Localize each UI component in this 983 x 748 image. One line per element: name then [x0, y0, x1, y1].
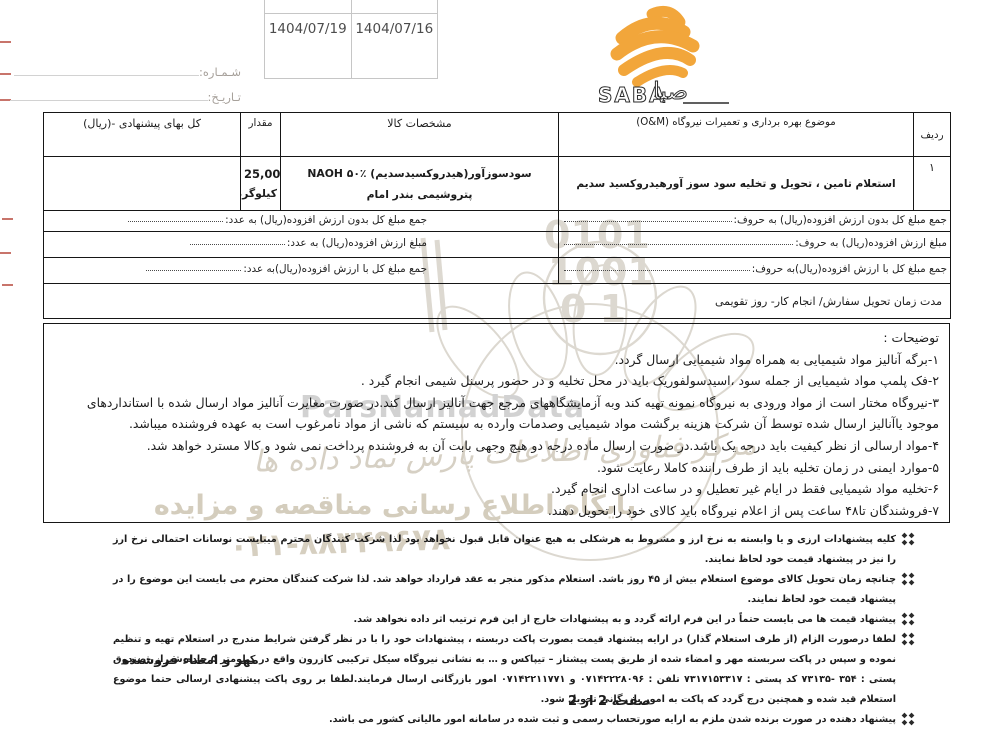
sum3-digits-blank [146, 269, 241, 271]
bullet-diamond-icon [896, 710, 920, 730]
item-subject: استعلام تامین ، تحویل و تخلیه سود سوز آو… [559, 157, 914, 211]
sum3-digits-label: جمع مبلغ کل با ارزش افزوده(ریال)به عدد: [243, 263, 427, 278]
condition-item: چنانچه زمان تحویل کالای موضوع استعلام بی… [43, 570, 950, 610]
sum2-digits-blank [190, 243, 285, 245]
inquiry-table: ردیف موضوع بهره برداری و تعمیرات نیروگاه… [43, 112, 951, 319]
item-specs-line1: سودسوزآور(هیدروکسیدسدیم) NAOH ۵۰٪ [284, 163, 555, 184]
number-blank-line [14, 75, 199, 76]
red-dash-mark [0, 73, 11, 75]
item-qty: 25,000 کیلوگرم [241, 157, 281, 211]
page-number: صفحه 2 از 2 [568, 694, 651, 709]
item-index: ۱ [914, 157, 951, 211]
date-cell-1: 1404/07/19 [265, 0, 351, 78]
sum1-digits-blank [128, 220, 223, 222]
table-header-row: ردیف موضوع بهره برداری و تعمیرات نیروگاه… [44, 113, 951, 157]
date-label: تـاریـخ: [208, 90, 244, 104]
sum3-words-cell: جمع مبلغ کل با ارزش افزوده(ریال)به حروف: [559, 258, 951, 284]
sum1-words-blank [564, 220, 732, 222]
date-blank-line [10, 100, 208, 101]
date-table: 1404/07/19 1404/07/16 [264, 0, 438, 79]
item-row: ۱ استعلام تامین ، تحویل و تخلیه سود سوز … [44, 157, 951, 211]
item-qty-unit: کیلوگرم [244, 184, 277, 203]
condition-text-5: پیشنهاد دهنده در صورت برنده شدن ملزم به … [113, 710, 896, 730]
document-page: شـمـاره: تـاریـخ: 1404/07/19 1404/07/16 … [0, 0, 983, 748]
sum2-digits-cell: مبلغ ارزش افزوده(ریال) به عدد: [44, 232, 559, 258]
header-row-index: ردیف [914, 113, 951, 157]
note-item-1: ۱-برگه آنالیز مواد شیمیایی به همراه مواد… [54, 349, 939, 371]
sum2-words-label: مبلغ ارزش افزوده(ریال) به حروف: [795, 237, 947, 252]
bullet-diamond-icon [896, 610, 920, 630]
header-qty: مقدار [241, 113, 281, 157]
red-dash-mark [0, 252, 11, 254]
conditions-list: کلیه پیشنهادات ارزی و یا وابسته به نرخ ا… [43, 530, 950, 730]
note-item-4: ۴-مواد ارسالی از نظر کیفیت باید درجه یک … [54, 435, 939, 457]
red-dash-mark [0, 41, 11, 43]
date-field: تـاریـخ: [10, 89, 243, 104]
bullet-diamond-icon [896, 530, 920, 570]
sum-row-3: جمع مبلغ کل با ارزش افزوده(ریال)به حروف:… [44, 258, 951, 284]
condition-text-3: پیشنهاد قیمت ها می بایست حتماً در این فر… [113, 610, 896, 630]
condition-item: لطفا درصورت الزام (از طرف استعلام گذار) … [43, 630, 950, 710]
note-item-7: ۷-فروشندگان تا۴۸ ساعت پس از اعلام نیروگا… [54, 500, 939, 522]
notes-title: توضیحات : [54, 327, 939, 349]
sum2-words-cell: مبلغ ارزش افزوده(ریال) به حروف: [559, 232, 951, 258]
note-item-6: ۶-تخلیه مواد شیمیایی فقط در ایام غیر تعط… [54, 478, 939, 500]
sum1-digits-label: جمع مبلغ کل بدون ارزش افزوده(ریال) به عد… [225, 214, 427, 229]
bullet-diamond-icon [896, 630, 920, 710]
header-specs: مشخصات کالا [281, 113, 559, 157]
sum1-words-cell: جمع مبلغ کل بدون ارزش افزوده(ریال) به حر… [559, 211, 951, 232]
saba-farsi-wordmark: صبا [653, 77, 688, 105]
sum-row-1: جمع مبلغ کل بدون ارزش افزوده(ریال) به حر… [44, 211, 951, 232]
condition-text-1: کلیه پیشنهادات ارزی و یا وابسته به نرخ ا… [113, 530, 896, 570]
sum-row-2: مبلغ ارزش افزوده(ریال) به حروف: مبلغ ارز… [44, 232, 951, 258]
delivery-time-row: مدت زمان تحویل سفارش/ انجام کار- روز تقو… [44, 284, 951, 319]
number-field: شـمـاره: [14, 64, 243, 79]
saba-logo: SABA صبا [597, 2, 731, 108]
notes-box: توضیحات : ۱-برگه آنالیز مواد شیمیایی به … [43, 323, 950, 523]
header-subject: موضوع بهره برداری و تعمیرات نیروگاه (O&M… [559, 113, 914, 157]
sum3-words-label: جمع مبلغ کل با ارزش افزوده(ریال)به حروف: [752, 263, 947, 278]
condition-item: پیشنهاد دهنده در صورت برنده شدن ملزم به … [43, 710, 950, 730]
sum1-words-label: جمع مبلغ کل بدون ارزش افزوده(ریال) به حر… [734, 214, 948, 229]
seller-signature-label: مهر و امضاء فروشنده [122, 652, 259, 667]
condition-text-2: چنانچه زمان تحویل کالای موضوع استعلام بی… [113, 570, 896, 610]
header-price: کل بهای پیشنهادی -(ریال) [44, 113, 241, 157]
item-specs: سودسوزآور(هیدروکسیدسدیم) NAOH ۵۰٪ پتروشی… [281, 157, 559, 211]
item-qty-value: 25,000 [244, 165, 277, 184]
sum3-digits-cell: جمع مبلغ کل با ارزش افزوده(ریال)به عدد: [44, 258, 559, 284]
inquiry-table-grid: ردیف موضوع بهره برداری و تعمیرات نیروگاه… [43, 112, 951, 319]
sum1-digits-cell: جمع مبلغ کل بدون ارزش افزوده(ریال) به عد… [44, 211, 559, 232]
item-price-empty [44, 157, 241, 211]
note-item-5: ۵-موارد ایمنی در زمان تخلیه باید از طرف … [54, 457, 939, 479]
condition-text-4: لطفا درصورت الزام (از طرف استعلام گذار) … [113, 630, 896, 710]
sum2-words-blank [564, 243, 793, 245]
red-dash-mark [2, 284, 13, 286]
sum3-words-blank [564, 269, 750, 271]
saba-flame-icon [617, 11, 693, 82]
number-label: شـمـاره: [199, 65, 243, 79]
condition-item: کلیه پیشنهادات ارزی و یا وابسته به نرخ ا… [43, 530, 950, 570]
item-specs-line2: پتروشیمی بندر امام [284, 184, 555, 205]
date-cell-2: 1404/07/16 [351, 0, 438, 78]
note-item-3: ۳-نیروگاه مختار است از مواد ورودی به نیر… [54, 392, 939, 435]
condition-item: پیشنهاد قیمت ها می بایست حتماً در این فر… [43, 610, 950, 630]
sum2-digits-label: مبلغ ارزش افزوده(ریال) به عدد: [287, 237, 427, 252]
bullet-diamond-icon [896, 570, 920, 610]
delivery-time-label: مدت زمان تحویل سفارش/ انجام کار- روز تقو… [44, 284, 951, 319]
date-table-divider [265, 13, 437, 14]
note-item-2: ۲-فک پلمپ مواد شیمیایی از جمله سود ،اسید… [54, 370, 939, 392]
red-dash-mark [2, 218, 13, 220]
